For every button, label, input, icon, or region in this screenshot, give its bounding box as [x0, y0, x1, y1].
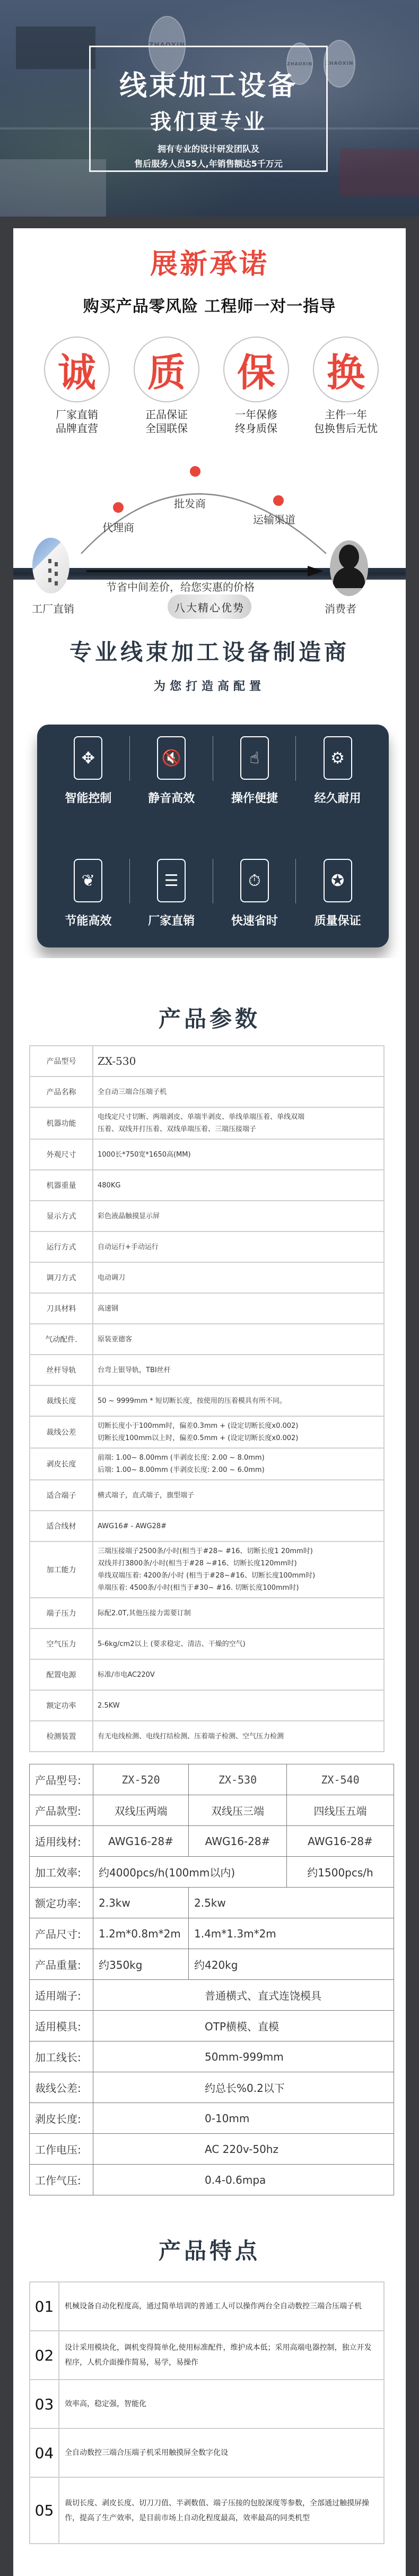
feature-text: 全自动数控三端合压端子机采用触摸屏全数字化设: [59, 2428, 384, 2477]
promise-circle: 换: [313, 337, 379, 402]
feature-row: 05裁切长度、剥皮长度、切刀刀值、半剥数值、端子压接的包胶深度等参数，全部通过触…: [30, 2477, 384, 2544]
row-key: 产品型号:: [30, 1764, 93, 1795]
table-row: 加工线长:50mm-999mm: [30, 2041, 394, 2072]
feature-text: 机械设备自动化程度高，通过简单培训的普通工人可以操作两台全自动数控三端合压端子机: [59, 2282, 384, 2331]
row-key: 额定功率:: [30, 1888, 93, 1918]
feature-number: 04: [30, 2428, 59, 2477]
touch-icon: ☝: [240, 736, 269, 780]
promise-circles: 诚 厂家直销品牌直营 质 正品保证全国联保 保 一年保修终身质保 换 主件一年包…: [13, 337, 406, 435]
table-row: 显示方式彩色液晶触摸显示屏: [30, 1201, 384, 1231]
consumer-avatar-icon: [330, 540, 368, 596]
spec-key: 裁线公差: [30, 1416, 93, 1448]
spec-value-line: 电动调刀: [98, 1272, 379, 1284]
flow-label-logistics: 运输渠道: [253, 511, 295, 527]
row-key: 加工效率:: [30, 1857, 93, 1888]
spec-value: 三端压接端子2500条/小时(相当于#28~ #16、切断长度1 20mm时)双…: [93, 1541, 384, 1598]
flow-savings-text: 节省中间差价，给您实惠的价格: [106, 579, 255, 594]
advantage-durable: ⚙经久耐用: [296, 736, 379, 806]
advantage-time-saving: ⏱快速省时: [213, 859, 296, 928]
table-row: 额定功率2.5KW: [30, 1690, 384, 1721]
cell: 1.4m*1.3m*2m: [189, 1918, 394, 1949]
table-row: 工作电压:AC 220v-50hz: [30, 2134, 394, 2165]
spec-value-line: 单线双端压着: 4200条/小时 (相当于#28~#16、切断长度100mm时): [98, 1570, 379, 1582]
spec-key: 适合端子: [30, 1480, 93, 1511]
promise-item-exchange: 换 主件一年包换售后无忧: [311, 337, 380, 435]
comparison-table: 产品型号: ZX-520 ZX-530 ZX-540 产品款型: 双线压两端 双…: [29, 1764, 394, 2195]
spec-value-line: AWG16# - AWG28#: [98, 1520, 379, 1532]
table-row: 产品型号: ZX-520 ZX-530 ZX-540: [30, 1764, 394, 1795]
feature-row: 04全自动数控三端合压端子机采用触摸屏全数字化设: [30, 2428, 384, 2477]
spec-value-line: 切断长度小于100mm时，偏差0.3mm + (设定切断长度x0.002): [98, 1420, 379, 1432]
row-key: 剥皮长度:: [30, 2103, 93, 2134]
feature-number: 05: [30, 2477, 59, 2544]
spec-value-line: 480KG: [98, 1179, 379, 1192]
spec-value-line: 前端: 1.00~ 8.00mm (半剥皮长度: 2.00 ~ 8.0mm): [98, 1452, 379, 1464]
promise-item-quality: 质 正品保证全国联保: [132, 337, 201, 435]
spec-key: 加工能力: [30, 1541, 93, 1598]
quality-icon: ✪: [324, 859, 352, 902]
table-row: 检测装置有无电线检测、电线打结检测、压着端子检测、空气压力检测: [30, 1721, 384, 1752]
params-title: 产品参数: [13, 1002, 406, 1033]
hero-logo-disc: ZHAOXIN: [324, 40, 355, 88]
advantages-card: ✥智能控制 🔇静音高效 ☝操作便捷 ⚙经久耐用 ❦节能高效 ☰厂家直销 ⏱快速省…: [37, 725, 389, 947]
feature-row: 02设计采用模块化，调机变得简单化,使用标准配件，维护成本低；采用高端电器控制，…: [30, 2331, 384, 2380]
promise-caption: 一年保修终身质保: [235, 408, 277, 435]
flow-label-consumer: 消费者: [325, 600, 356, 616]
promise-caption: 厂家直销品牌直营: [56, 408, 98, 435]
spec-value-line: 单端压着: 4500条/小时(相当于#30~ #16. 切断长度100mm时): [98, 1582, 379, 1594]
table-row: 空气压力5-6kg/cm2以上 (要求稳定、清洁、干燥的空气): [30, 1629, 384, 1659]
spec-key: 气动配件.: [30, 1324, 93, 1355]
spec-value: 切断长度小于100mm时，偏差0.3mm + (设定切断长度x0.002)切断长…: [93, 1416, 384, 1448]
mute-icon: 🔇: [157, 736, 186, 780]
feature-number: 01: [30, 2282, 59, 2331]
spec-key: 端子压力: [30, 1598, 93, 1629]
spec-value: 前端: 1.00~ 8.00mm (半剥皮长度: 2.00 ~ 8.0mm)后端…: [93, 1448, 384, 1480]
gear-icon: ⚙: [324, 736, 352, 780]
spec-key: 产品型号: [30, 1046, 93, 1076]
spec-value: 高速钢: [93, 1293, 384, 1324]
features-table: 01机械设备自动化程度高，通过简单培训的普通工人可以操作两台全自动数控三端合压端…: [29, 2281, 385, 2544]
hero-title: 线束加工设备: [119, 63, 298, 103]
cell: 1.2m*0.8m*2m: [93, 1918, 189, 1949]
spec-value: 自动运行+手动运行: [93, 1231, 384, 1262]
spec-value-line: 彩色液晶触摸显示屏: [98, 1210, 379, 1222]
feature-row: 01机械设备自动化程度高，通过简单培训的普通工人可以操作两台全自动数控三端合压端…: [30, 2282, 384, 2331]
feature-number: 03: [30, 2380, 59, 2428]
row-key: 工作电压:: [30, 2134, 93, 2165]
spec-value: AWG16# - AWG28#: [93, 1511, 384, 1541]
spec-key: 裁线长度: [30, 1385, 93, 1416]
advantages-section: 八大精心优势 专业线束加工设备制造商 为您打造高配置 ✥智能控制 🔇静音高效 ☝…: [13, 580, 406, 958]
spec-value: 原装亚德客: [93, 1324, 384, 1355]
spec-value-line: 三端压接端子2500条/小时(相当于#28~ #16、切断长度1 20mm时): [98, 1545, 379, 1557]
cell: 双线压三端: [189, 1795, 287, 1826]
spec-value: 标准/市电AC220V: [93, 1659, 384, 1690]
table-row: 产品款型: 双线压两端 双线压三端 四线压五端: [30, 1795, 394, 1826]
distribution-flow-diagram: 代理商 批发商 运输渠道 节省中间差价，给您实惠的价格 工厂直销 消费者: [13, 440, 406, 609]
table-row: 加工效率: 约4000pcs/h(100mm以内) 约1500pcs/h: [30, 1857, 394, 1888]
cell: AWG16-28#: [189, 1826, 287, 1857]
features-section: 产品特点 01机械设备自动化程度高，通过简单培训的普通工人可以操作两台全自动数控…: [13, 2195, 406, 2576]
spec-value-line: 电线定尺寸切断、两端剥皮、单端半剥皮、单线单端压着、单线双端: [98, 1111, 379, 1123]
spec-key: 外观尺寸: [30, 1139, 93, 1170]
spec-value-line: 台弯上银导轨，TBI丝杆: [98, 1364, 379, 1376]
spec-value-line: 压着、双线并打压着、双线单端压着、三端压接端子: [98, 1123, 379, 1135]
spec-value-line: 横式端子，直式端子，旗型端子: [98, 1489, 379, 1502]
row-key: 适用端子:: [30, 1980, 93, 2011]
row-key: 产品款型:: [30, 1795, 93, 1826]
eco-hands-icon: ❦: [74, 859, 102, 902]
params-section: 产品参数 产品型号ZX-530产品名称全自动三端合压端子机机器功能电线定尺寸切断…: [13, 958, 406, 2195]
row-key: 加工线长:: [30, 2041, 93, 2072]
table-row: 裁线公差切断长度小于100mm时，偏差0.3mm + (设定切断长度x0.002…: [30, 1416, 384, 1448]
advantage-smart-control: ✥智能控制: [47, 736, 130, 806]
cell: 约350kg: [93, 1949, 189, 1980]
spec-value: 50 ~ 9999mm * 短切断长度，按使用的压着模具有所不同。: [93, 1385, 384, 1416]
row-key: 适用线材:: [30, 1826, 93, 1857]
spec-value-line: 切断长度100mm以上时，偏差0.5mm + (设定切断长度x0.002): [98, 1432, 379, 1444]
hero-banner: ZHAOXIN ZHAOXIN ZHAOXIN 线束加工设备 我们更专业 拥有专…: [0, 0, 419, 217]
spec-key: 机器重量: [30, 1170, 93, 1201]
spec-key: 刀具材料: [30, 1293, 93, 1324]
flow-label-agent: 代理商: [102, 519, 134, 535]
cell: 约4000pcs/h(100mm以内): [93, 1857, 287, 1888]
table-row: 产品重量: 约350kg 约420kg: [30, 1949, 394, 1980]
smart-control-icon: ✥: [74, 736, 102, 780]
flow-label-factory: 工厂直销: [32, 600, 74, 616]
spec-value: 际配2.0T,其他压接力需要订制: [93, 1598, 384, 1629]
hero-subtitle-line: 拥有专业的设计研发团队及: [134, 142, 282, 157]
advantage-label: 智能控制: [65, 789, 111, 806]
promise-title: 展新承诺: [13, 242, 406, 281]
cell: 约总长%0.2以下: [93, 2072, 394, 2103]
table-row: 丝杆导轨台弯上银导轨，TBI丝杆: [30, 1355, 384, 1385]
promise-section: 展新承诺 购买产品零风险 工程师一对一指导 诚 厂家直销品牌直营 质 正品保证全…: [13, 228, 406, 568]
spec-value: 1000长*750宽*1650高(MM): [93, 1139, 384, 1170]
row-key: 裁线公差:: [30, 2072, 93, 2103]
features-title: 产品特点: [13, 2234, 406, 2265]
advantages-title: 专业线束加工设备制造商: [13, 635, 406, 667]
table-row: 机器重量480KG: [30, 1170, 384, 1201]
table-row: 端子压力际配2.0T,其他压接力需要订制: [30, 1598, 384, 1629]
row-key: 工作气压:: [30, 2165, 93, 2195]
table-row: 适合端子横式端子，直式端子，旗型端子: [30, 1480, 384, 1511]
table-row: 裁线长度50 ~ 9999mm * 短切断长度，按使用的压着模具有所不同。: [30, 1385, 384, 1416]
table-row: 产品尺寸: 1.2m*0.8m*2m 1.4m*1.3m*2m: [30, 1918, 394, 1949]
row-key: 适用模具:: [30, 2011, 93, 2041]
cell: AC 220v-50hz: [93, 2134, 394, 2165]
spec-value: 彩色液晶触摸显示屏: [93, 1201, 384, 1231]
feature-row: 03效率高，稳定强，智能化: [30, 2380, 384, 2428]
spec-value-line: 有无电线检测、电线打结检测、压着端子检测、空气压力检测: [98, 1730, 379, 1743]
promise-caption: 正品保证全国联保: [145, 408, 188, 435]
flow-label-wholesaler: 批发商: [174, 495, 206, 511]
hero-subtitle-line: 售后服务人员55人,年销售额达5千万元: [134, 157, 282, 171]
spec-key: 调刀方式: [30, 1262, 93, 1293]
spec-value: 2.5KW: [93, 1690, 384, 1721]
advantage-label: 快速省时: [231, 912, 278, 928]
spec-value: ZX-530: [93, 1046, 384, 1076]
fast-clock-icon: ⏱: [240, 859, 269, 902]
spec-value: 有无电线检测、电线打结检测、压着端子检测、空气压力检测: [93, 1721, 384, 1752]
spec-value: 横式端子，直式端子，旗型端子: [93, 1480, 384, 1511]
advantages-subtitle: 为您打造高配置: [13, 677, 406, 694]
spec-value: 全自动三端合压端子机: [93, 1076, 384, 1107]
spec-table: 产品型号ZX-530产品名称全自动三端合压端子机机器功能电线定尺寸切断、两端剥皮…: [29, 1045, 385, 1752]
cell: 约1500pcs/h: [287, 1857, 394, 1888]
list-icon: ☰: [157, 859, 186, 902]
spec-key: 额定功率: [30, 1690, 93, 1721]
table-row: 气动配件.原装亚德客: [30, 1324, 384, 1355]
spec-value-line: 1000长*750宽*1650高(MM): [98, 1149, 379, 1161]
cell: 约420kg: [189, 1949, 394, 1980]
table-row: 适用端子:普通横式、直式连饶模具: [30, 1980, 394, 2011]
advantage-energy-saving: ❦节能高效: [47, 859, 130, 928]
spec-key: 检测装置: [30, 1721, 93, 1752]
table-row: 剥皮长度前端: 1.00~ 8.00mm (半剥皮长度: 2.00 ~ 8.0m…: [30, 1448, 384, 1480]
cell: OTP横模、直模: [93, 2011, 394, 2041]
spec-value: 台弯上银导轨，TBI丝杆: [93, 1355, 384, 1385]
spec-value-line: 高速钢: [98, 1303, 379, 1315]
spec-key: 适合线材: [30, 1511, 93, 1541]
factory-image: [32, 538, 69, 593]
row-key: 产品重量:: [30, 1949, 93, 1980]
cell: AWG16-28#: [287, 1826, 394, 1857]
table-row: 裁线公差:约总长%0.2以下: [30, 2072, 394, 2103]
table-row: 适用模具:OTP横模、直模: [30, 2011, 394, 2041]
advantage-easy-operation: ☝操作便捷: [213, 736, 296, 806]
table-row: 适合线材AWG16# - AWG28#: [30, 1511, 384, 1541]
spec-key: 丝杆导轨: [30, 1355, 93, 1385]
feature-text: 效率高，稳定强，智能化: [59, 2380, 384, 2428]
advantage-direct-sales: ☰厂家直销: [130, 859, 213, 928]
spec-key: 显示方式: [30, 1201, 93, 1231]
table-row: 外观尺寸1000长*750宽*1650高(MM): [30, 1139, 384, 1170]
feature-text: 裁切长度、剥皮长度、切刀刀值、半剥数值、端子压接的包胶深度等参数，全部通过触摸屏…: [59, 2477, 384, 2544]
advantage-label: 质量保证: [315, 912, 361, 928]
spec-value-line: 双线并打3800条/小时(相当于#28 ~#16、切断长度120mm时): [98, 1557, 379, 1570]
cell: ZX-530: [189, 1764, 287, 1795]
cell: ZX-520: [93, 1764, 189, 1795]
advantage-label: 厂家直销: [148, 912, 195, 928]
cell: 双线压两端: [93, 1795, 189, 1826]
promise-circle: 保: [223, 337, 289, 402]
cell: AWG16-28#: [93, 1826, 189, 1857]
spec-value-line: 原装亚德客: [98, 1333, 379, 1346]
hero-tagline: 我们更专业: [150, 105, 267, 135]
advantage-label: 操作便捷: [231, 789, 278, 806]
cell: 2.5kw: [189, 1888, 394, 1918]
cell: 50mm-999mm: [93, 2041, 394, 2072]
feature-text: 设计采用模块化，调机变得简单化,使用标准配件，维护成本低；采用高端电器控制，独立…: [59, 2331, 384, 2380]
spec-key: 机器功能: [30, 1107, 93, 1139]
spec-value: 480KG: [93, 1170, 384, 1201]
spec-key: 剥皮长度: [30, 1448, 93, 1480]
cell: 四线压五端: [287, 1795, 394, 1826]
table-row: 调刀方式电动调刀: [30, 1262, 384, 1293]
spec-key: 空气压力: [30, 1629, 93, 1659]
spec-value: 电线定尺寸切断、两端剥皮、单端半剥皮、单线单端压着、单线双端压着、双线并打压着、…: [93, 1107, 384, 1139]
table-row: 机器功能电线定尺寸切断、两端剥皮、单端半剥皮、单线单端压着、单线双端压着、双线并…: [30, 1107, 384, 1139]
advantage-label: 静音高效: [148, 789, 195, 806]
row-key: 产品尺寸:: [30, 1918, 93, 1949]
feature-number: 02: [30, 2331, 59, 2380]
cell: 2.3kw: [93, 1888, 189, 1918]
table-row: 适用线材: AWG16-28# AWG16-28# AWG16-28#: [30, 1826, 394, 1857]
hero-subtitle: 拥有专业的设计研发团队及 售后服务人员55人,年销售额达5千万元: [134, 142, 282, 171]
spec-value: 5-6kg/cm2以上 (要求稳定、清洁、干燥的空气): [93, 1629, 384, 1659]
promise-item-warranty: 保 一年保修终身质保: [222, 337, 291, 435]
spec-value-line: 2.5KW: [98, 1700, 379, 1712]
spec-value-line: 50 ~ 9999mm * 短切断长度，按使用的压着模具有所不同。: [98, 1395, 379, 1407]
hero-bg-machine: [339, 149, 419, 196]
table-row: 工作气压:0.4-0.6mpa: [30, 2165, 394, 2195]
spec-key: 运行方式: [30, 1231, 93, 1262]
table-row: 刀具材料高速钢: [30, 1293, 384, 1324]
spec-value-line: 5-6kg/cm2以上 (要求稳定、清洁、干燥的空气): [98, 1638, 379, 1650]
promise-item-sincerity: 诚 厂家直销品牌直营: [42, 337, 111, 435]
promise-caption: 主件一年包换售后无忧: [314, 408, 378, 435]
cell: ZX-540: [287, 1764, 394, 1795]
spec-value-line: 后端: 1.00~ 8.00mm (半剥皮长度: 2.00 ~ 6.0mm): [98, 1464, 379, 1476]
advantage-quality: ✪质量保证: [296, 859, 379, 928]
spec-value-line: 自动运行+手动运行: [98, 1241, 379, 1253]
table-row: 加工能力三端压接端子2500条/小时(相当于#28~ #16、切断长度1 20m…: [30, 1541, 384, 1598]
hero-frame: 线束加工设备 我们更专业 拥有专业的设计研发团队及 售后服务人员55人,年销售额…: [89, 46, 328, 172]
table-row: 产品型号ZX-530: [30, 1046, 384, 1076]
cell: 0-10mm: [93, 2103, 394, 2134]
advantage-label: 节能高效: [65, 912, 111, 928]
spec-value-line: 全自动三端合压端子机: [98, 1086, 379, 1098]
advantage-label: 经久耐用: [315, 789, 361, 806]
promise-subtitle: 购买产品零风险 工程师一对一指导: [13, 293, 406, 316]
spec-value-line: 标准/市电AC220V: [98, 1669, 379, 1681]
spec-key: 配置电源: [30, 1659, 93, 1690]
hero-bg-frame: [16, 27, 95, 69]
table-row: 剥皮长度:0-10mm: [30, 2103, 394, 2134]
table-row: 配置电源标准/市电AC220V: [30, 1659, 384, 1690]
promise-circle: 诚: [44, 337, 110, 402]
cell: 0.4-0.6mpa: [93, 2165, 394, 2195]
table-row: 额定功率: 2.3kw 2.5kw: [30, 1888, 394, 1918]
advantage-silent: 🔇静音高效: [130, 736, 213, 806]
spec-value-line: ZX-530: [98, 1055, 379, 1067]
table-row: 产品名称全自动三端合压端子机: [30, 1076, 384, 1107]
cell: 普通横式、直式连饶模具: [93, 1980, 394, 2011]
promise-circle: 质: [134, 337, 199, 402]
spec-value: 电动调刀: [93, 1262, 384, 1293]
spec-value-line: 际配2.0T,其他压接力需要订制: [98, 1607, 379, 1619]
table-row: 运行方式自动运行+手动运行: [30, 1231, 384, 1262]
spec-key: 产品名称: [30, 1076, 93, 1107]
